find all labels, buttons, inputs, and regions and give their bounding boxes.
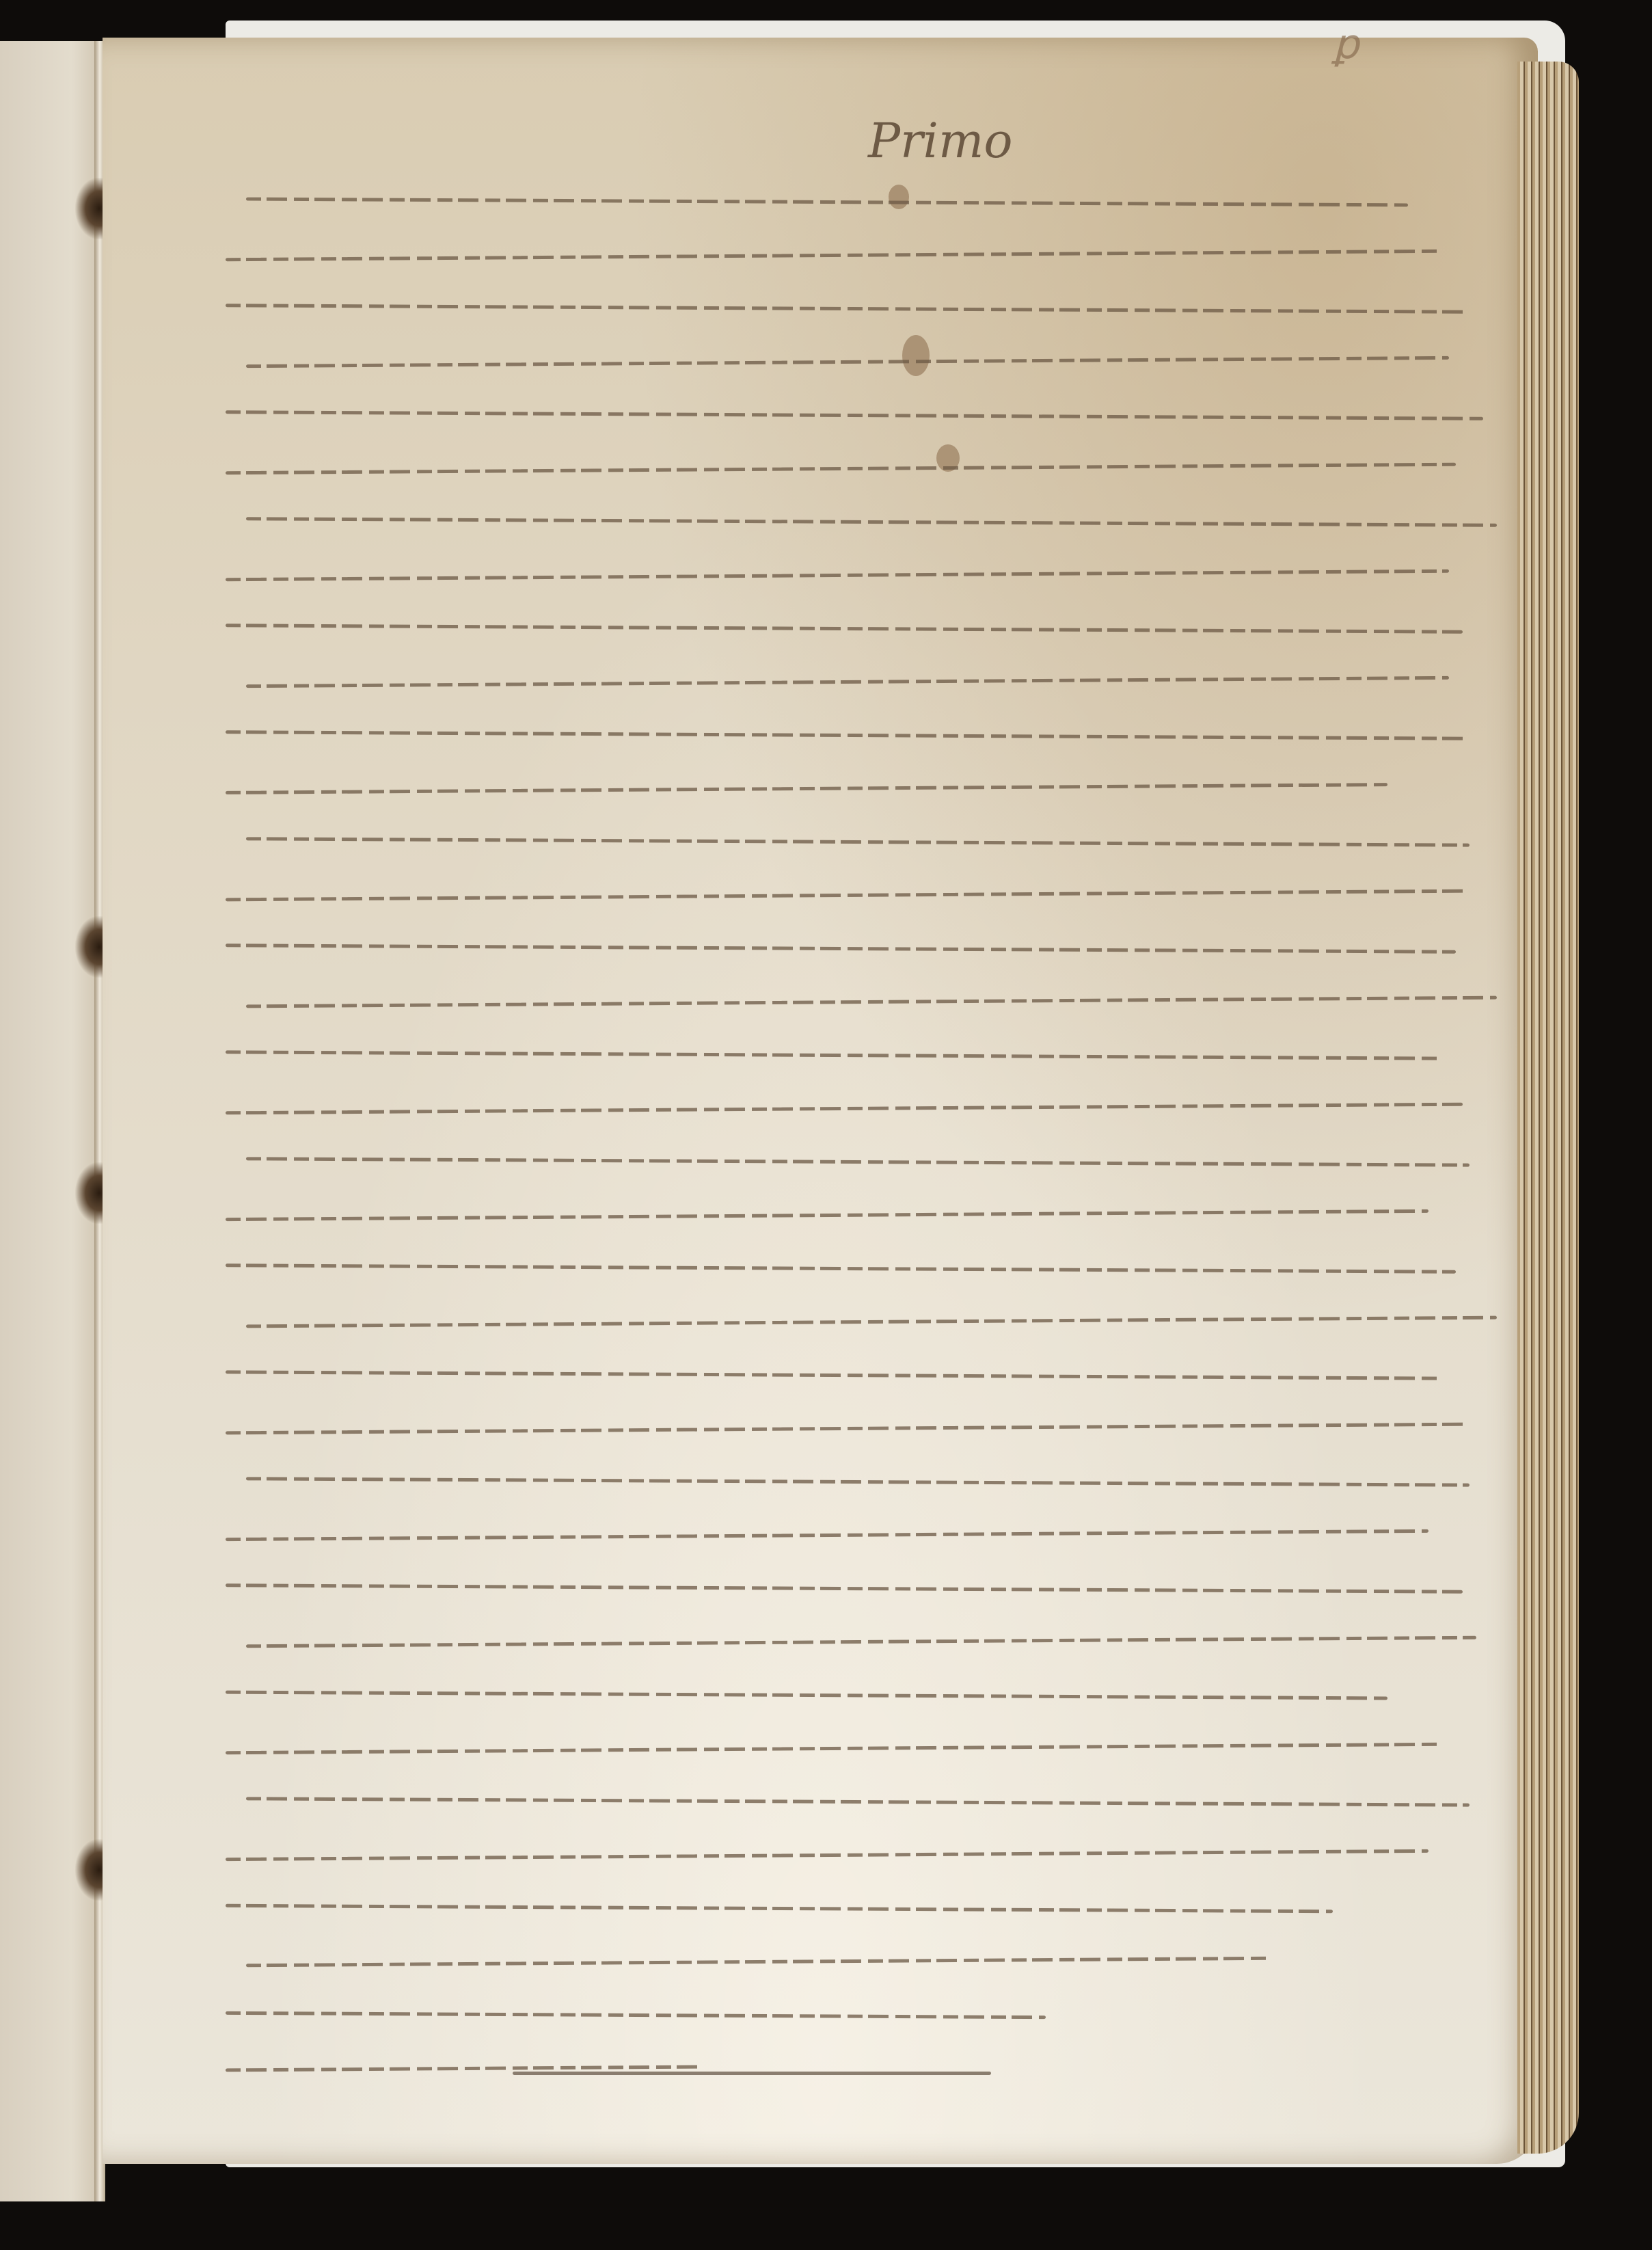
manuscript-line: [illegible line 17] — [226, 1028, 1511, 1081]
ink-stroke — [226, 1849, 1428, 1861]
ink-stroke — [246, 837, 1470, 846]
document-type: Photograph of a handwritten manuscript f… — [0, 0, 1, 1]
ink-stroke — [226, 1904, 1333, 1913]
manuscript-line: [illegible line 34] — [226, 1934, 1511, 1987]
manuscript-line: [illegible line 29] — [226, 1668, 1511, 1721]
manuscript-line: [illegible line 3] — [226, 281, 1511, 334]
ink-stroke — [246, 198, 1408, 207]
ink-stroke — [246, 1636, 1476, 1648]
ink-stroke — [226, 1050, 1442, 1060]
manuscript-line: [illegible line 8] — [226, 548, 1511, 601]
ink-stroke — [246, 1477, 1470, 1486]
ink-stroke — [246, 1157, 1470, 1166]
manuscript-line: [illegible line 18] — [226, 1081, 1511, 1134]
manuscript-line: [illegible line 32] — [226, 1827, 1511, 1881]
manuscript-line: [illegible line 35] — [226, 1987, 1511, 2041]
heading-mark: Primo — [868, 113, 1012, 169]
ink-stroke — [226, 943, 1456, 953]
ink-stroke — [226, 1103, 1463, 1115]
ink-stroke — [226, 1743, 1442, 1754]
manuscript-line: [illegible line 27] — [226, 1561, 1511, 1614]
manuscript-line: [illegible line 20] — [226, 1188, 1511, 1241]
signature-area: [illegible signature line] — [513, 2044, 1128, 2106]
manuscript-line: [illegible line 4] — [226, 334, 1511, 388]
ink-stroke — [226, 1583, 1463, 1593]
manuscript-line: [illegible line 22] — [226, 1294, 1511, 1348]
ink-stroke — [226, 1263, 1456, 1273]
signature-stroke — [513, 2072, 991, 2075]
ink-stroke — [226, 1209, 1428, 1221]
manuscript-line: [illegible line 12] — [226, 761, 1511, 814]
manuscript-line: [illegible line 19] — [226, 1134, 1511, 1188]
ink-stroke — [226, 1529, 1428, 1541]
ink-stroke — [246, 996, 1497, 1008]
ink-stroke — [246, 676, 1449, 688]
manuscript-line: [illegible line 24] — [226, 1401, 1511, 1454]
manuscript-text-block: [illegible line 1][illegible line 2][ill… — [226, 174, 1511, 2094]
ink-stroke — [226, 1370, 1442, 1380]
ink-stroke — [226, 250, 1442, 261]
manuscript-line: [illegible line 14] — [226, 868, 1511, 921]
manuscript-line: [illegible line 30] — [226, 1721, 1511, 1774]
manuscript-line: [illegible line 25] — [226, 1454, 1511, 1508]
manuscript-line: [illegible line 1] — [226, 174, 1511, 228]
manuscript-line: [illegible line 9] — [226, 601, 1511, 654]
manuscript-line: [illegible line 6] — [226, 441, 1511, 494]
manuscript-line: [illegible line 28] — [226, 1614, 1511, 1668]
manuscript-line: [illegible line 10] — [226, 654, 1511, 708]
ink-stroke — [226, 570, 1449, 581]
manuscript-line: [illegible line 21] — [226, 1241, 1511, 1294]
document-description: Photograph of a handwritten manuscript f… — [0, 0, 1, 1]
ink-stroke — [246, 356, 1449, 368]
ink-stroke — [246, 517, 1497, 527]
ink-stroke — [226, 1691, 1387, 1700]
ink-stroke — [226, 463, 1456, 475]
ink-stroke — [226, 624, 1463, 633]
ink-stroke — [226, 410, 1483, 420]
ink-stroke — [226, 2011, 1046, 2019]
manuscript-line: [illegible line 7] — [226, 494, 1511, 548]
manuscript-line: [illegible line 16] — [226, 974, 1511, 1028]
ink-stroke — [226, 783, 1387, 794]
manuscript-line: [illegible line 31] — [226, 1774, 1511, 1827]
manuscript-line: [illegible line 26] — [226, 1508, 1511, 1561]
manuscript-line: [illegible line 23] — [226, 1348, 1511, 1401]
ink-stroke — [246, 1797, 1470, 1806]
ink-stroke — [226, 304, 1470, 314]
frayed-page-edges — [1517, 62, 1579, 2154]
ink-stroke — [246, 1316, 1497, 1328]
manuscript-line: [illegible line 33] — [226, 1881, 1511, 1934]
manuscript-line: [illegible line 15] — [226, 921, 1511, 974]
manuscript-line: [illegible line 2] — [226, 228, 1511, 281]
ink-stroke — [226, 730, 1470, 740]
manuscript-line: [illegible line 11] — [226, 708, 1511, 761]
foliation-mark: ꝑ — [1333, 21, 1359, 68]
ink-stroke — [226, 889, 1470, 902]
manuscript-line: [illegible line 5] — [226, 388, 1511, 441]
manuscript-line: [illegible line 13] — [226, 814, 1511, 868]
ink-stroke — [226, 1423, 1470, 1435]
ink-stroke — [246, 1957, 1271, 1967]
